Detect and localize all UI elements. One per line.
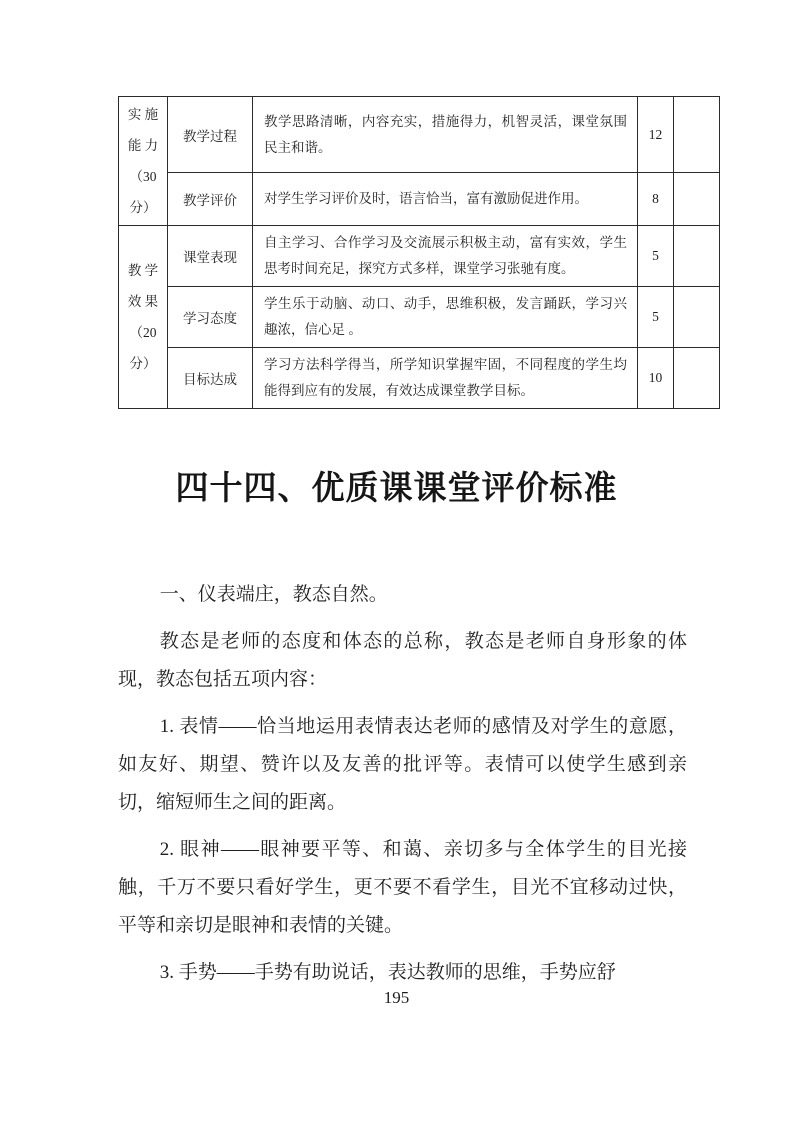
item-cell: 教学评价	[168, 173, 253, 226]
description-cell: 对学生学习评价及时，语言恰当，富有激励促进作用。	[253, 173, 638, 226]
document-page: 实 施 能 力 （30 分） 教学过程 教学思路清晰，内容充实，措施得力，机智灵…	[0, 0, 793, 1122]
body-paragraph: 教态是老师的态度和体态的总称，教态是老师自身形象的体现，教态包括五项内容：	[118, 623, 687, 699]
item-cell: 课堂表现	[168, 226, 253, 287]
section-heading: 四十四、优质课课堂评价标准	[0, 462, 793, 509]
category-line: （30	[120, 161, 166, 192]
given-score-cell	[674, 173, 720, 226]
body-paragraph: 一、仪表端庄，教态自然。	[118, 576, 687, 614]
table-row: 教 学 效 果 （20 分） 课堂表现 自主学习、合作学习及交流展示积极主动，富…	[119, 226, 720, 287]
page-number: 195	[0, 988, 793, 1008]
score-cell: 12	[638, 97, 674, 173]
table-row: 实 施 能 力 （30 分） 教学过程 教学思路清晰，内容充实，措施得力，机智灵…	[119, 97, 720, 173]
description-cell: 学习方法科学得当，所学知识掌握牢固，不同程度的学生均能得到应有的发展，有效达成课…	[253, 348, 638, 409]
category-line: 能 力	[120, 130, 166, 161]
body-paragraph: 3. 手势——手势有助说话，表达教师的思维，手势应舒	[118, 954, 687, 992]
given-score-cell	[674, 97, 720, 173]
body-paragraph: 1. 表情——恰当地运用表情表达老师的感情及对学生的意愿，如友好、期望、赞许以及…	[118, 708, 687, 822]
score-cell: 5	[638, 226, 674, 287]
given-score-cell	[674, 287, 720, 348]
table-row: 学习态度 学生乐于动脑、动口、动手，思维积极，发言踊跃，学习兴趣浓，信心足 。 …	[119, 287, 720, 348]
item-cell: 目标达成	[168, 348, 253, 409]
item-cell: 学习态度	[168, 287, 253, 348]
evaluation-table: 实 施 能 力 （30 分） 教学过程 教学思路清晰，内容充实，措施得力，机智灵…	[118, 96, 720, 409]
body-text: 一、仪表端庄，教态自然。 教态是老师的态度和体态的总称，教态是老师自身形象的体现…	[118, 576, 687, 1001]
table-row: 教学评价 对学生学习评价及时，语言恰当，富有激励促进作用。 8	[119, 173, 720, 226]
description-cell: 教学思路清晰，内容充实，措施得力，机智灵活，课堂氛围民主和谐。	[253, 97, 638, 173]
category-cell-implementation-ability: 实 施 能 力 （30 分）	[119, 97, 168, 226]
score-cell: 10	[638, 348, 674, 409]
score-cell: 5	[638, 287, 674, 348]
category-line: 分）	[120, 192, 166, 223]
category-line: 实 施	[120, 99, 166, 130]
category-line: （20	[120, 317, 166, 348]
score-cell: 8	[638, 173, 674, 226]
description-cell: 自主学习、合作学习及交流展示积极主动，富有实效，学生思考时间充足，探究方式多样，…	[253, 226, 638, 287]
body-paragraph: 2. 眼神——眼神要平等、和蔼、亲切多与全体学生的目光接触，千万不要只看好学生，…	[118, 831, 687, 945]
category-line: 教 学	[120, 255, 166, 286]
category-line: 分）	[120, 348, 166, 379]
description-cell: 学生乐于动脑、动口、动手，思维积极，发言踊跃，学习兴趣浓，信心足 。	[253, 287, 638, 348]
item-cell: 教学过程	[168, 97, 253, 173]
given-score-cell	[674, 226, 720, 287]
table-row: 目标达成 学习方法科学得当，所学知识掌握牢固，不同程度的学生均能得到应有的发展，…	[119, 348, 720, 409]
category-line: 效 果	[120, 286, 166, 317]
category-cell-teaching-effect: 教 学 效 果 （20 分）	[119, 226, 168, 409]
given-score-cell	[674, 348, 720, 409]
